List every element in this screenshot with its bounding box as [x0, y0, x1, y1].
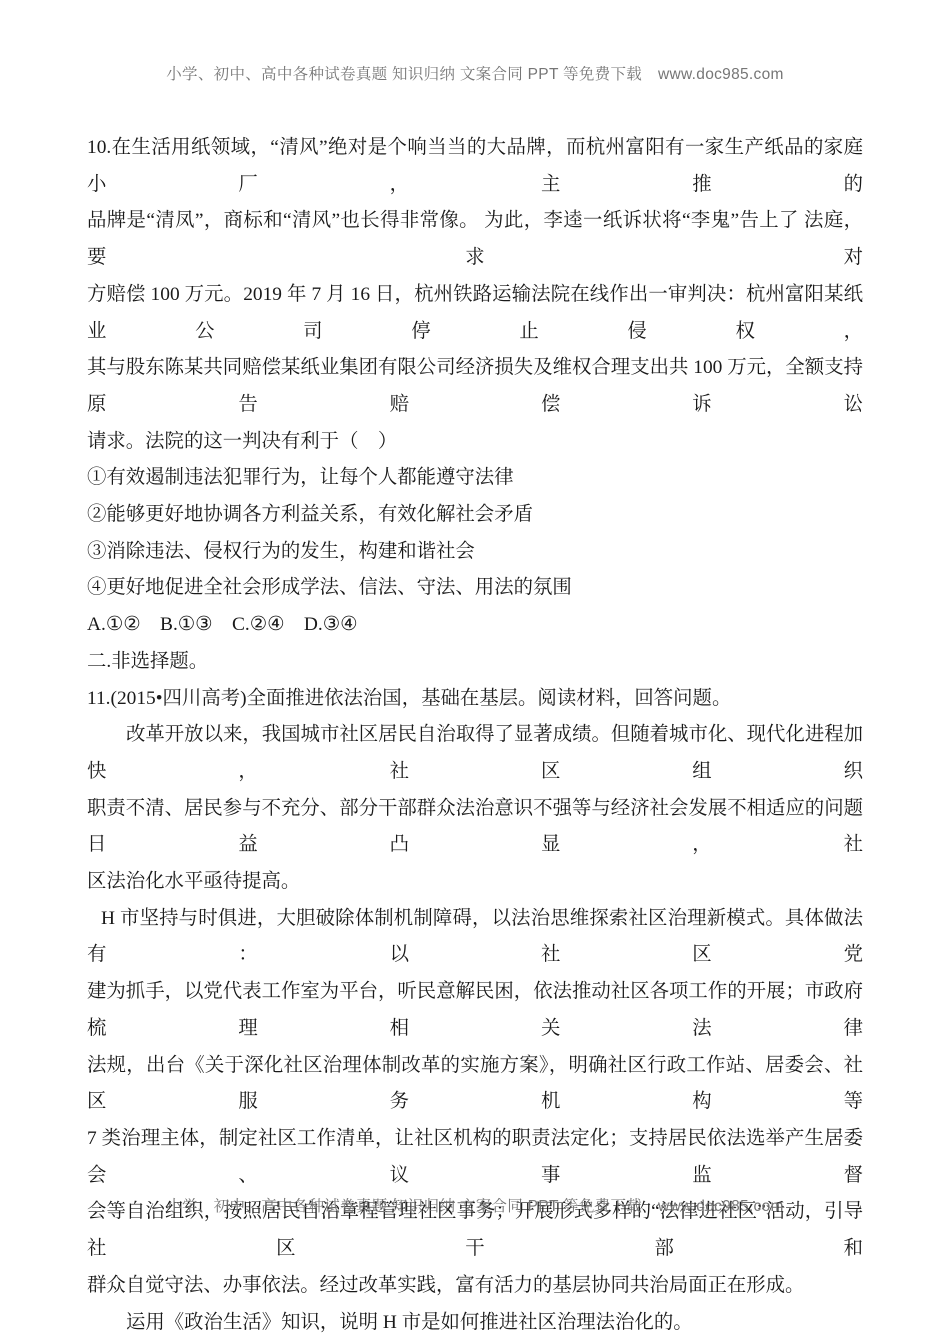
- q10-item-1: ①有效遏制违法犯罪行为，让每个人都能遵守法律: [87, 460, 863, 497]
- q10-stem-line-1: 10.在生活用纸领域，“清风”绝对是个响当当的大品牌，而杭州富阳有一家生产纸品的…: [87, 130, 863, 203]
- q11-material2-line-4: 7 类治理主体，制定社区工作清单，让社区机构的职责法定化；支持居民依法选举产生居…: [87, 1121, 863, 1194]
- footer-text: 小学、初中、高中各种试卷真题 知识归纳 文案合同 PPT 等免费下载: [166, 1198, 642, 1215]
- q10-answer-options: A.①② B.①③ C.②④ D.③④: [87, 607, 863, 644]
- q11-material2-line-6: 群众自觉守法、办事依法。经过改革实践，富有活力的基层协同共治局面正在形成。: [87, 1268, 863, 1305]
- q11-task: 运用《政治生活》知识，说明 H 市是如何推进社区治理法治化的。: [87, 1305, 863, 1342]
- footer-url: www.doc985.com: [658, 1198, 784, 1215]
- q11-material1-line-2: 职责不清、居民参与不充分、部分干部群众法治意识不强等与经济社会发展不相适应的问题…: [87, 791, 863, 864]
- header-url: www.doc985.com: [658, 66, 784, 83]
- q10-stem-line-5: 请求。法院的这一判决有利于（ ）: [87, 424, 863, 461]
- q10-item-4: ④更好地促进全社会形成学法、信法、守法、用法的氛围: [87, 570, 863, 607]
- q10-stem-line-4: 其与股东陈某共同赔偿某纸业集团有限公司经济损失及维权合理支出共 100 万元，全…: [87, 350, 863, 423]
- q11-material2-line-1: H 市坚持与时俱进，大胆破除体制机制障碍，以法治思维探索社区治理新模式。具体做法…: [87, 901, 863, 974]
- q11-stem: 11.(2015•四川高考)全面推进依法治国，基础在基层。阅读材料，回答问题。: [87, 681, 863, 718]
- page-header-watermark: 小学、初中、高中各种试卷真题 知识归纳 文案合同 PPT 等免费下载www.do…: [0, 65, 950, 85]
- q11-material2-line-2: 建为抓手，以党代表工作室为平台，听民意解民困，依法推动社区各项工作的开展；市政府…: [87, 974, 863, 1047]
- q10-item-2: ②能够更好地协调各方利益关系，有效化解社会矛盾: [87, 497, 863, 534]
- q11-material1-line-3: 区法治化水平亟待提高。: [87, 864, 863, 901]
- q11-material1-line-1: 改革开放以来，我国城市社区居民自治取得了显著成绩。但随着城市化、现代化进程加快，…: [87, 717, 863, 790]
- q10-item-3: ③消除违法、侵权行为的发生，构建和谐社会: [87, 534, 863, 571]
- q10-stem-line-3: 方赔偿 100 万元。2019 年 7 月 16 日，杭州铁路运输法院在线作出一…: [87, 277, 863, 350]
- document-page: 小学、初中、高中各种试卷真题 知识归纳 文案合同 PPT 等免费下载www.do…: [0, 0, 950, 1344]
- q10-stem-line-2: 品牌是“清凤”，商标和“清风”也长得非常像。 为此，李逵一纸诉状将“李鬼”告上了…: [87, 203, 863, 276]
- section2-heading: 二.非选择题。: [87, 644, 863, 681]
- document-body: 10.在生活用纸领域，“清风”绝对是个响当当的大品牌，而杭州富阳有一家生产纸品的…: [87, 130, 863, 1341]
- page-footer-watermark: 小学、初中、高中各种试卷真题 知识归纳 文案合同 PPT 等免费下载www.do…: [0, 1197, 950, 1217]
- q11-material2-line-3: 法规，出台《关于深化社区治理体制改革的实施方案》，明确社区行政工作站、居委会、社…: [87, 1048, 863, 1121]
- header-text: 小学、初中、高中各种试卷真题 知识归纳 文案合同 PPT 等免费下载: [166, 66, 642, 83]
